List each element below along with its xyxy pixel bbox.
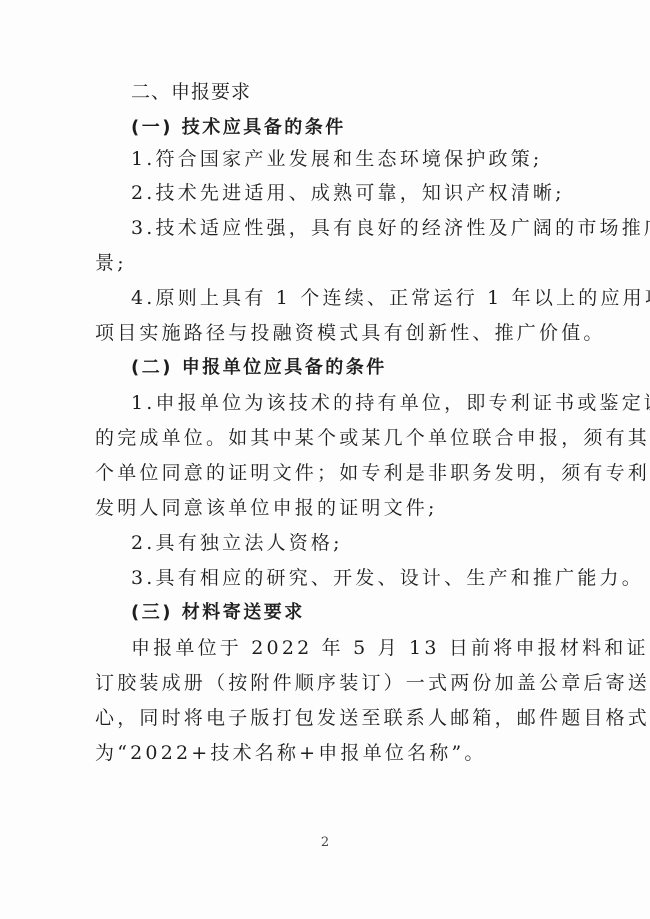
paragraph-line: 心，同时将电子版打包发送至联系人邮箱，邮件题目格式要求 [95,703,557,733]
subsection-heading-3: (三) 材料寄送要求 [131,598,557,628]
paragraph-line: 3.具有相应的研究、开发、设计、生产和推广能力。 [131,563,557,593]
paragraph-line: 景; [95,248,557,278]
paragraph-line: 订胶装成册（按附件顺序装订）一式两份加盖公章后寄送我中 [95,668,557,698]
paragraph-line: 的完成单位。如其中某个或某几个单位联合申报，须有其他几 [95,423,557,453]
paragraph-line: 1.符合国家产业发展和生态环境保护政策; [131,144,557,174]
document-page: 二、申报要求 (一) 技术应具备的条件 1.符合国家产业发展和生态环境保护政策;… [0,0,650,919]
subsection-heading-2: (二) 申报单位应具备的条件 [131,353,557,383]
paragraph-line: 2.技术先进适用、成熟可靠，知识产权清晰; [131,178,557,208]
paragraph-line: 2.具有独立法人资格; [131,528,557,558]
section-title: 二、申报要求 [131,77,557,107]
paragraph-line: 个单位同意的证明文件；如专利是非职务发明，须有专利所有 [95,458,557,488]
subsection-heading-1: (一) 技术应具备的条件 [131,113,557,143]
paragraph-line: 为“2022+技术名称+申报单位名称”。 [95,738,557,768]
paragraph-line: 发明人同意该单位申报的证明文件; [95,493,557,523]
paragraph-line: 项目实施路径与投融资模式具有创新性、推广价值。 [95,318,557,348]
paragraph-line: 申报单位于 2022 年 5 月 13 日前将申报材料和证明材料合 [131,633,557,663]
page-number: 2 [0,835,650,850]
paragraph-line: 1.申报单位为该技术的持有单位，即专利证书或鉴定证书 [131,388,557,418]
paragraph-line: 4.原则上具有 1 个连续、正常运行 1 年以上的应用项目， [131,283,557,313]
paragraph-line: 3.技术适应性强，具有良好的经济性及广阔的市场推广前 [131,213,557,243]
